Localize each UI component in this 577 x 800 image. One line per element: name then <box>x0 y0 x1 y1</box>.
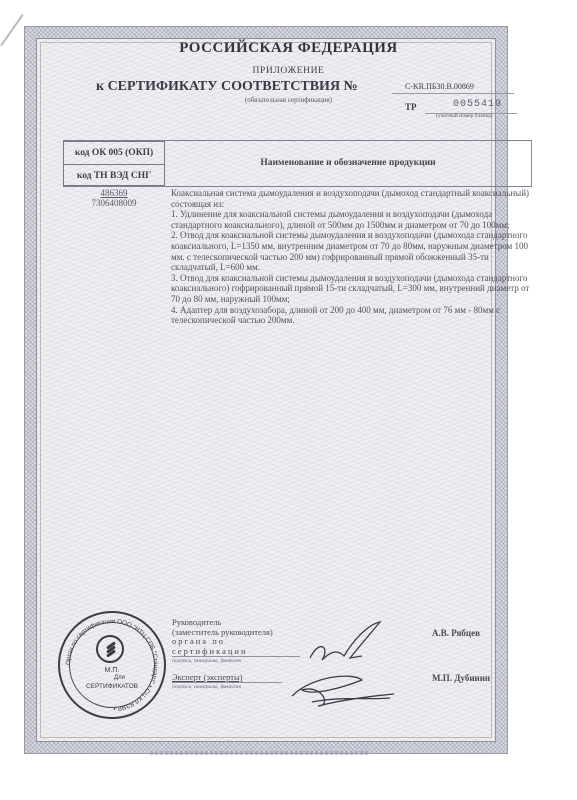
country-title: РОССИЙСКАЯ ФЕДЕРАЦИЯ <box>0 40 577 57</box>
code-columns-header: код ОК 005 (ОКП) код ТН ВЭД СНГ <box>63 141 165 186</box>
certificate-heading: к СЕРТИФИКАТУ СООТВЕТСТВИЯ № <box>96 79 358 95</box>
stamp-certificates-label: СЕРТИФИКАТОВ <box>60 683 164 690</box>
description-item-3: 3. Отвод для коаксиальной системы дымоуд… <box>171 273 531 305</box>
certificate-number: С-KR.ПБ30.В.00869 <box>405 82 474 91</box>
tn-ved-code: 7306408009 <box>66 198 162 208</box>
expert-signature-caption: подпись, инициалы, фамилия <box>172 684 241 690</box>
tn-ved-code-header: код ТН ВЭД СНГ <box>64 164 164 187</box>
appendix-label: ПРИЛОЖЕНИЕ <box>0 66 577 76</box>
description-intro: Коаксиальная система дымоудаления и возд… <box>171 188 531 209</box>
product-name-header: Наименование и обозначение продукции <box>165 141 532 186</box>
footer-microtext <box>150 751 370 755</box>
form-number-caption: (учетный номер бланка) <box>436 113 492 119</box>
head-name: А.В. Рябцев <box>432 628 480 638</box>
head-signature-icon <box>300 618 390 666</box>
stamp-logo-icon <box>96 635 124 663</box>
product-description: Коаксиальная система дымоудаления и возд… <box>171 188 531 326</box>
certificate-number-underline <box>392 93 514 94</box>
stamp-for-label: Для <box>114 675 125 681</box>
okp-code-header: код ОК 005 (ОКП) <box>64 142 164 164</box>
okp-code: 486369 <box>66 188 162 198</box>
official-stamp: Орган по сертификации ООО "НТЦ СПБ "Стан… <box>58 611 166 719</box>
expert-signature-icon <box>272 666 402 712</box>
stamp-ring-text-icon: Орган по сертификации ООО "НТЦ СПБ "Стан… <box>60 613 164 717</box>
product-codes: 486369 7306408009 <box>66 188 162 208</box>
stamp-mp-label: М.П. <box>60 667 164 674</box>
product-table-header: код ОК 005 (ОКП) код ТН ВЭД СНГ Наименов… <box>63 140 532 187</box>
description-item-1: 1. Удлинение для коаксиальной системы ды… <box>171 209 531 230</box>
description-item-2: 2. Отвод для коаксиальной системы дымоуд… <box>171 230 531 272</box>
description-item-4: 4. Адаптер для воздухозабора, длиной от … <box>171 305 531 326</box>
svg-text:Орган по сертификации ООО "НТЦ: Орган по сертификации ООО "НТЦ СПБ "Стан… <box>65 618 159 712</box>
head-title-line3: органа по сертификации <box>172 637 300 657</box>
tp-label: ТР <box>405 102 417 112</box>
head-signature-block: Руководитель (заместитель руководителя) … <box>172 618 300 667</box>
expert-name: М.П. Дубинин <box>432 673 490 683</box>
expert-title: Эксперт (эксперты) <box>172 672 282 683</box>
form-number: 0055419 <box>453 99 502 110</box>
